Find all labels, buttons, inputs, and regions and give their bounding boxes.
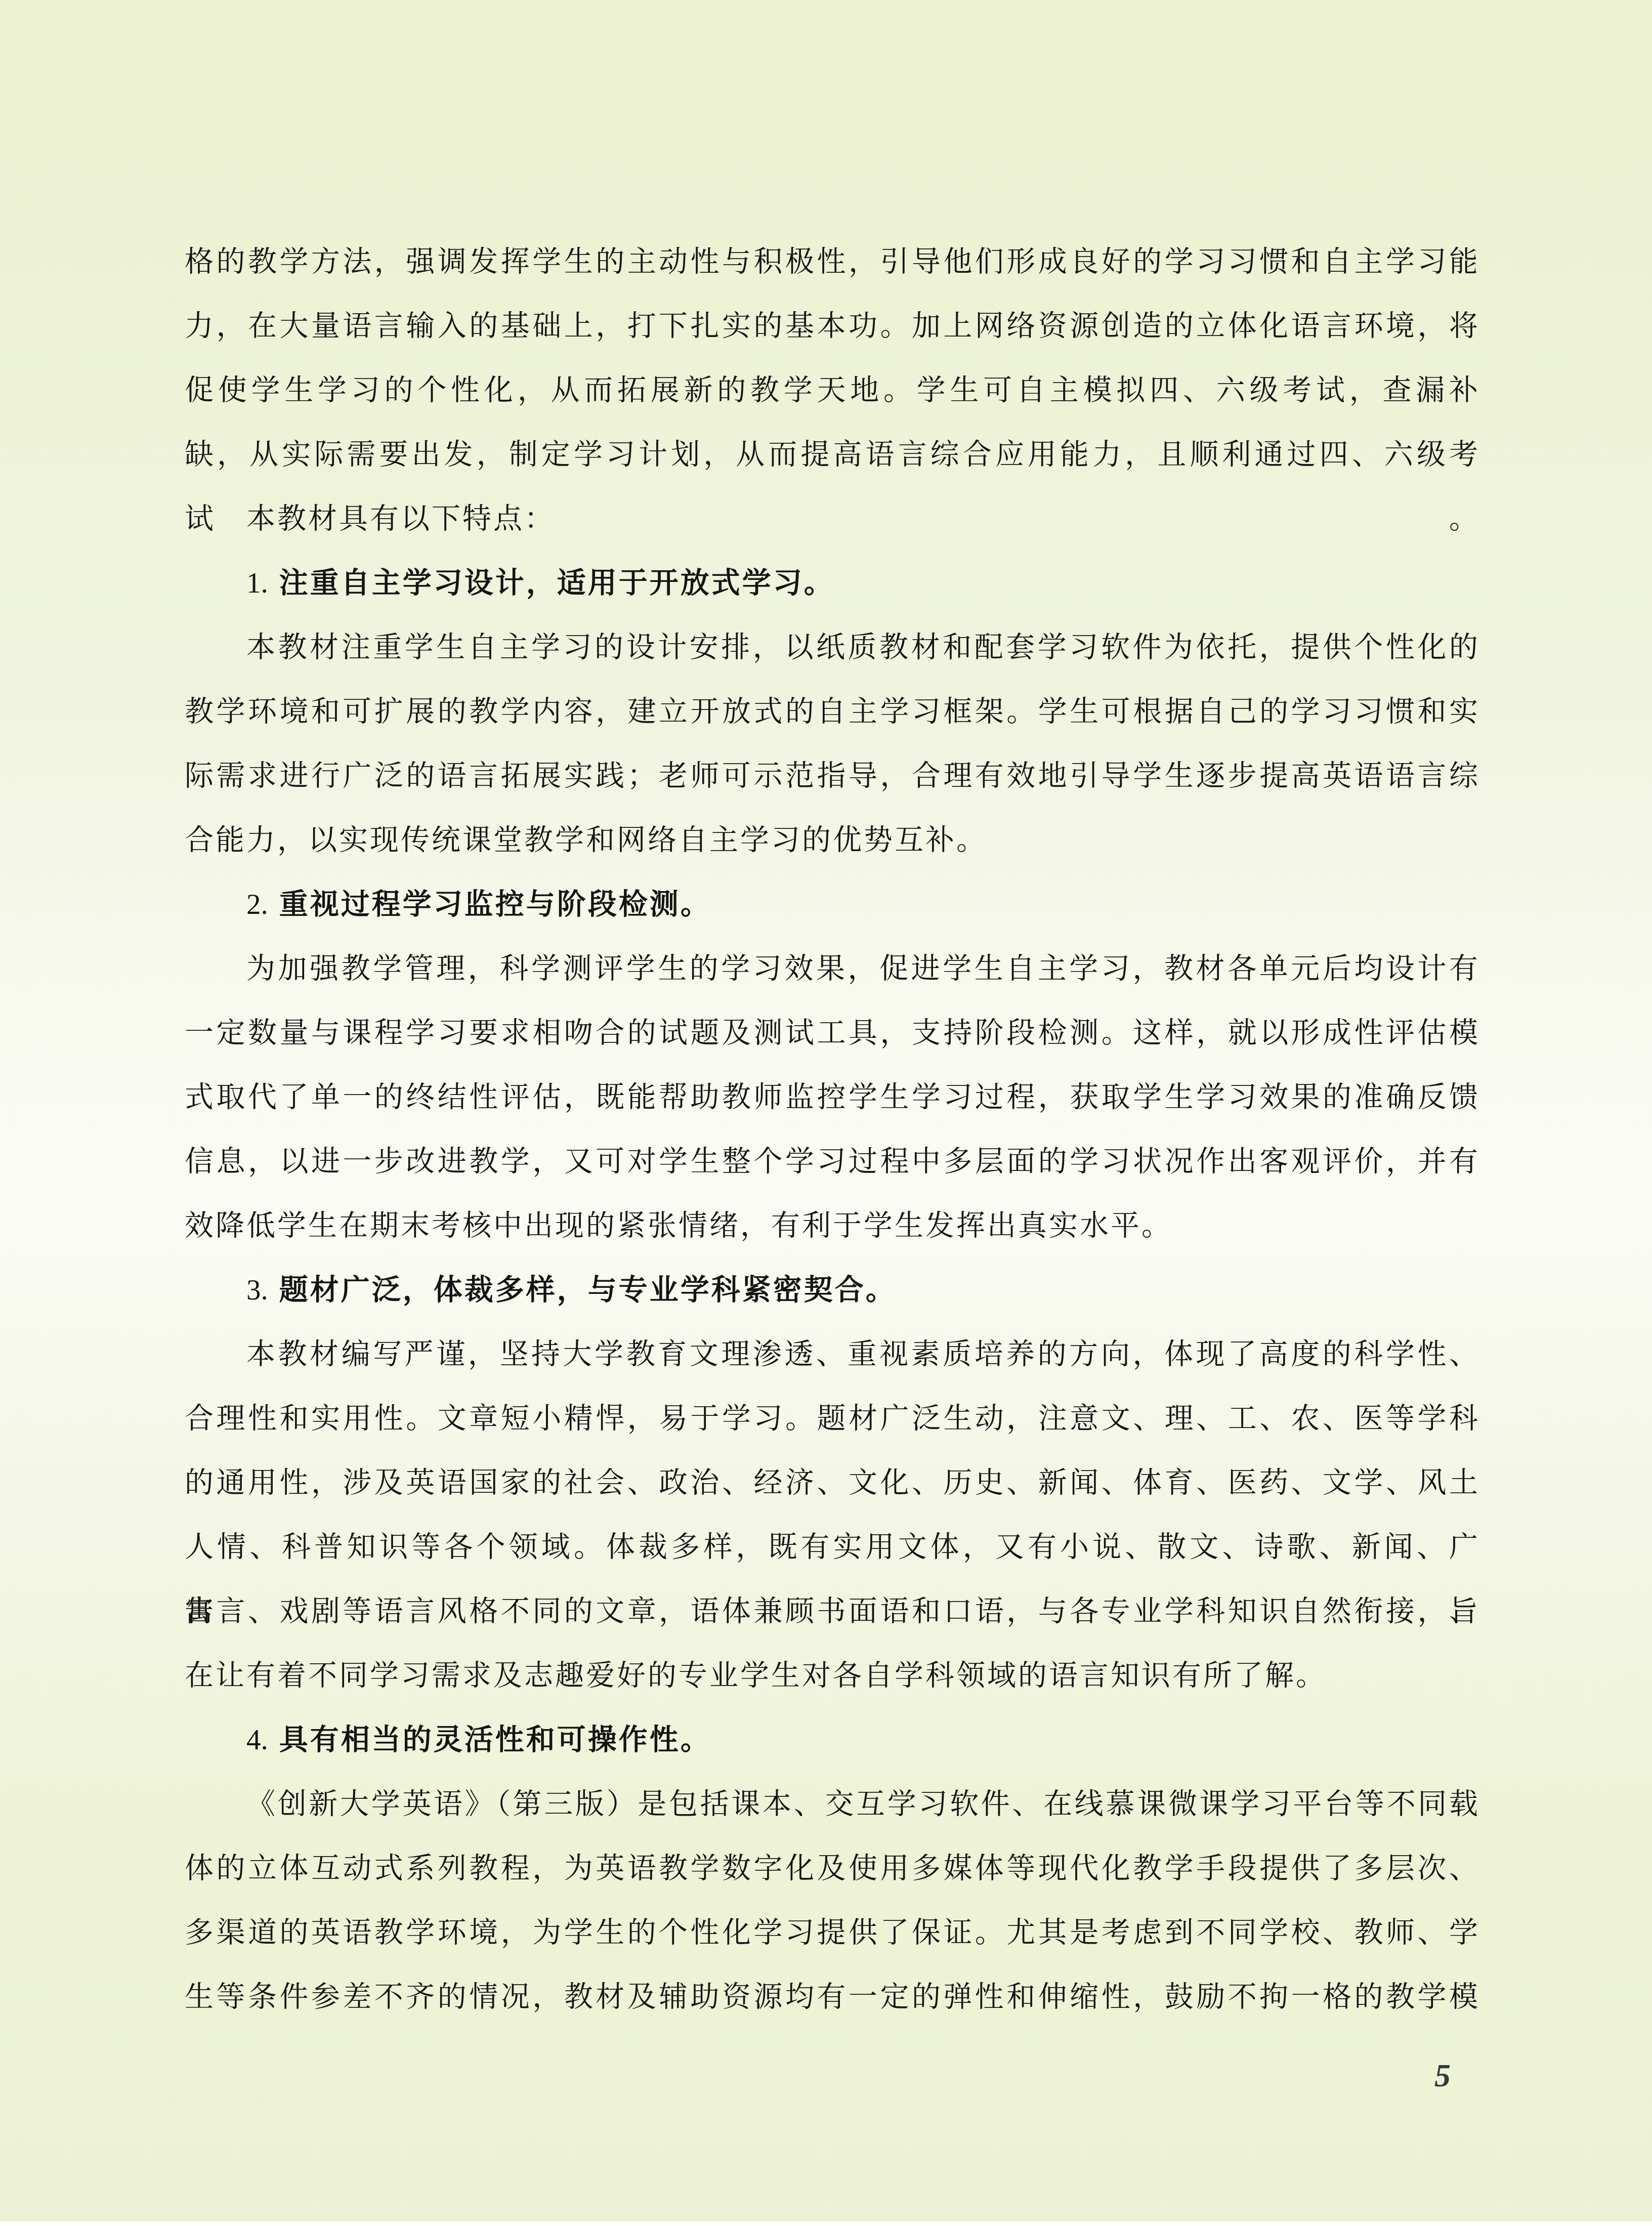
body-text-line: 教学环境和可扩展的教学内容，建立开放式的自主学习框架。学生可根据自己的学习习惯和… [185,680,1480,744]
heading-number: 1. [246,567,268,599]
body-text-line: 生等条件参差不齐的情况，教材及辅助资源均有一定的弹性和伸缩性，鼓励不拘一格的教学… [185,1965,1480,2029]
bottom-edge-strip [0,2221,1652,2226]
heading-number: 3. [246,1274,268,1306]
section-heading-line: 1.注重自主学习设计，适用于开放式学习。 [185,551,1480,615]
body-text-line: 式取代了单一的终结性评估，既能帮助教师监控学生学习过程，获取学生学习效果的准确反… [185,1065,1480,1129]
body-text-line: 本教材注重学生自主学习的设计安排，以纸质教材和配套学习软件为依托，提供个性化的 [185,615,1480,680]
heading-text: 注重自主学习设计，适用于开放式学习。 [279,567,835,599]
heading-text: 重视过程学习监控与阶段检测。 [279,889,711,920]
body-text-line: 效降低学生在期末考核中出现的紧张情绪，有利于学生发挥出真实水平。 [185,1194,1480,1258]
body-text-line: 本教材编写严谨，坚持大学教育文理渗透、重视素质培养的方向，体现了高度的科学性、 [185,1322,1480,1387]
body-text-block: 格的教学方法，强调发挥学生的主动性与积极性，引导他们形成良好的学习习惯和自主学习… [185,230,1480,2029]
body-text-line: 人情、科普知识等各个领域。体裁多样，既有实用文体，又有小说、散文、诗歌、新闻、广… [185,1515,1480,1579]
body-text-line: 体的立体互动式系列教程，为英语教学数字化及使用多媒体等现代化教学手段提供了多层次… [185,1836,1480,1901]
body-text-line: 一定数量与课程学习要求相吻合的试题及测试工具，支持阶段检测。这样，就以形成性评估… [185,1001,1480,1065]
heading-number: 4. [246,1724,268,1756]
page-number: 5 [1410,2055,1475,2096]
body-text-line: 《创新大学英语》（第三版）是包括课本、交互学习软件、在线慕课微课学习平台等不同载 [185,1772,1480,1836]
body-text-line: 寓言、戏剧等语言风格不同的文章，语体兼顾书面语和口语，与各专业学科知识自然衔接，… [185,1579,1480,1644]
body-text-line: 信息，以进一步改进教学，又可对学生整个学习过程中多层面的学习状况作出客观评价，并… [185,1129,1480,1194]
heading-number: 2. [246,889,268,920]
body-text-line: 多渠道的英语教学环境，为学生的个性化学习提供了保证。尤其是考虑到不同学校、教师、… [185,1901,1480,1965]
body-text-line: 为加强教学管理，科学测评学生的学习效果，促进学生自主学习，教材各单元后均设计有 [185,937,1480,1001]
body-text-line: 力，在大量语言输入的基础上，打下扎实的基本功。加上网络资源创造的立体化语言环境，… [185,294,1480,358]
body-text-line: 在让有着不同学习需求及志趣爱好的专业学生对各自学科领域的语言知识有所了解。 [185,1644,1480,1708]
book-page: { "page": { "number": "5", "lines": [ { … [0,0,1652,2226]
body-text-line: 合理性和实用性。文章短小精悍，易于学习。题材广泛生动，注意文、理、工、农、医等学… [185,1387,1480,1451]
section-heading-line: 3.题材广泛，体裁多样，与专业学科紧密契合。 [185,1258,1480,1322]
body-text-line: 际需求进行广泛的语言拓展实践；老师可示范指导，合理有效地引导学生逐步提高英语语言… [185,744,1480,808]
section-heading-line: 2.重视过程学习监控与阶段检测。 [185,872,1480,937]
body-text-line: 合能力，以实现传统课堂教学和网络自主学习的优势互补。 [185,808,1480,872]
body-text-line: 格的教学方法，强调发挥学生的主动性与积极性，引导他们形成良好的学习习惯和自主学习… [185,230,1480,294]
body-text-line: 促使学生学习的个性化，从而拓展新的教学天地。学生可自主模拟四、六级考试，查漏补 [185,358,1480,423]
body-text-line: 缺，从实际需要出发，制定学习计划，从而提高语言综合应用能力，且顺利通过四、六级考… [185,423,1480,487]
body-text-line: 的通用性，涉及英语国家的社会、政治、经济、文化、历史、新闻、体育、医药、文学、风… [185,1451,1480,1515]
section-heading-line: 4.具有相当的灵活性和可操作性。 [185,1708,1480,1772]
heading-text: 具有相当的灵活性和可操作性。 [279,1724,711,1756]
heading-text: 题材广泛，体裁多样，与专业学科紧密契合。 [279,1274,897,1306]
